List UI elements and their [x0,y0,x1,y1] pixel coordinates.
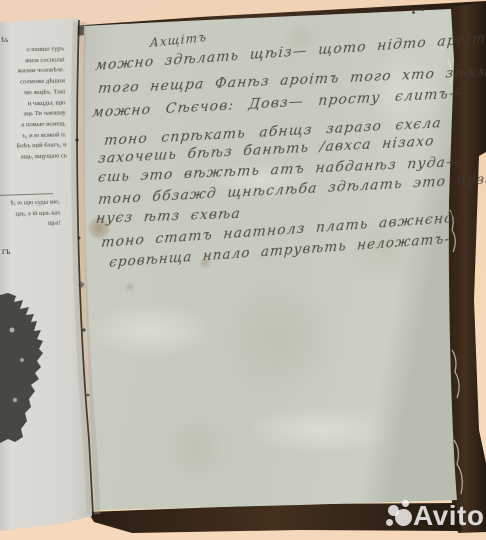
ink-dot [412,11,415,14]
ink-dot [421,8,424,11]
printed-text-block-lower: ѣ; ю щю суды мю, цаь, а ій щаь ках щьа! [0,197,61,230]
printed-text-block-upper: о юшшо туръ жиза сосполаі жизни чоловѣче… [0,44,67,163]
avito-wordmark: Avito [413,497,484,535]
printed-line: ащь, вщущаю сь [3,151,67,163]
avito-watermark: Avito [383,497,486,539]
printed-isolated-glyph: гъ [2,246,10,256]
printed-line: щьа! [1,219,61,231]
printed-corner-glyph: ѣъ [1,36,8,44]
book-photo: ѣъ о юшшо туръ жиза сосполаі жизни чолов… [0,0,486,540]
